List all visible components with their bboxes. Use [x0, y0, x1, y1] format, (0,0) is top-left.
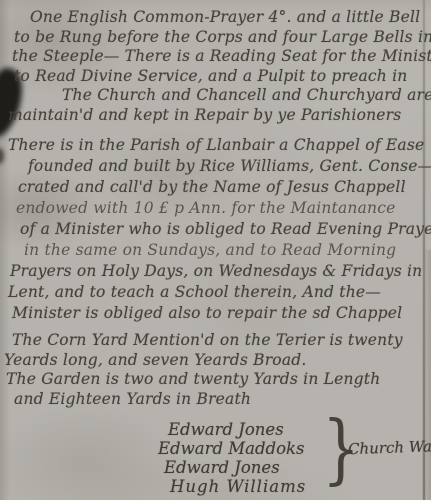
signature: Edward Maddoks: [158, 439, 306, 458]
manuscript-line: The Garden is two and twenty Yards in Le…: [6, 370, 431, 390]
manuscript-line: The Church and Chancell and Churchyard a…: [62, 86, 431, 106]
manuscript-line: the Steeple— There is a Reading Seat for…: [12, 47, 431, 67]
manuscript-line: of a Minister who is obliged to Read Eve…: [20, 219, 431, 240]
manuscript-line: Prayers on Holy Days, on Wednesdays & Fr…: [10, 261, 431, 282]
manuscript-line: to Read Divine Service, and a Pulpit to …: [14, 67, 431, 87]
manuscript-line: Yeards long, and seven Yeards Broad.: [4, 351, 431, 371]
manuscript-line: and Eighteen Yards in Breath: [14, 390, 431, 410]
paragraph-corn-yard-garden: The Corn Yard Mention'd on the Terier is…: [0, 331, 431, 409]
manuscript-line: founded and built by Rice Williams, Gent…: [28, 156, 431, 177]
manuscript-line: endowed with 10 £ p Ann. for the Maintan…: [16, 198, 431, 219]
manuscript-line: in the same on Sundays, and to Read Morn…: [24, 240, 431, 261]
signature: Hugh Williams: [170, 477, 306, 496]
signature-names: Edward Jones Edward Maddoks Edward Jones…: [168, 420, 306, 496]
paragraph-bells-and-pulpit: One English Common-Prayer 4°. and a litt…: [0, 8, 431, 125]
manuscript-line: Minister is obliged also to repair the s…: [12, 303, 431, 324]
manuscript-line: One English Common-Prayer 4°. and a litt…: [30, 8, 431, 28]
manuscript-line: There is in the Parish of Llanbair a Cha…: [8, 135, 431, 156]
manuscript-line: maintain'd and kept in Repair by ye Pari…: [8, 106, 431, 126]
signature: Edward Jones: [168, 420, 306, 439]
manuscript-line: to be Rung before the Corps and four Lar…: [14, 28, 431, 48]
signature-block: Edward Jones Edward Maddoks Edward Jones…: [0, 418, 431, 500]
paragraph-chappel-of-ease: There is in the Parish of Llanbair a Cha…: [0, 135, 431, 324]
manuscript-page: One English Common-Prayer 4°. and a litt…: [0, 0, 431, 500]
signature-role: Church Wardens: [348, 436, 431, 458]
manuscript-line: Lent, and to teach a School therein, And…: [8, 282, 431, 303]
signature: Edward Jones: [164, 458, 306, 477]
manuscript-line: crated and call'd by the Name of Jesus C…: [18, 177, 431, 198]
manuscript-line: The Corn Yard Mention'd on the Terier is…: [12, 331, 431, 351]
